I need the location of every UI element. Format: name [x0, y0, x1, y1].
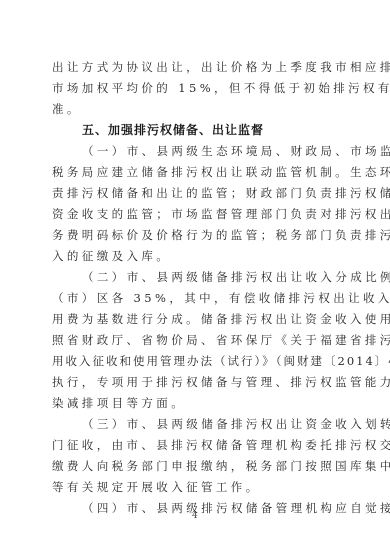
text-line: （二）市、县两级储备排污权出让收入分成比例为市、县	[82, 270, 342, 284]
text-line: （市）区各 35%，其中，有偿收储排污权出让收入以初始有偿使	[52, 291, 342, 305]
document-page: 出让方式为协议出让，出让价格为上季度我市相应排污权指标 市场加权平均价的 15%…	[0, 0, 390, 551]
text-line: 出让方式为协议出让，出让价格为上季度我市相应排污权指标	[52, 60, 342, 74]
text-line: 资金收支的监管；市场监督管理部门负责对排污权出让交易服	[52, 207, 342, 221]
text-line: 染减排项目等方面。	[52, 396, 342, 410]
text-line: 门征收，由市、县排污权储备管理机构委托排污权交易机构代	[52, 438, 342, 452]
section-heading: 五、加强排污权储备、出让监督	[82, 123, 264, 137]
text-line: 准。	[52, 102, 342, 116]
text-line: （一）市、县两级生态环境局、财政局、市场监督管理局、	[82, 144, 342, 158]
text-line: 用收入征收和使用管理办法（试行）》（闽财建〔2014〕46 号）	[52, 354, 342, 368]
text-line: 用费为基数进行分成。储备排污权出让资金收入使用要严格按	[52, 312, 342, 326]
text-line: 市场加权平均价的 15%，但不得低于初始排污权有偿使用费标	[52, 81, 342, 95]
text-line: （四）市、县两级排污权储备管理机构应自觉接受财政、	[82, 501, 342, 515]
text-line: 执行，专项用于排污权储备与管理、排污权监管能力建设、污	[52, 375, 342, 389]
page-number: 4	[192, 511, 198, 521]
text-line: 责排污权储备和出让的监管；财政部门负责排污权储备和出让	[52, 186, 342, 200]
text-line: 等有关规定开展收入征管工作。	[52, 480, 342, 494]
text-line: 税务局应建立储备排污权出让联动监管机制。生态环境部门负	[52, 165, 342, 179]
text-line: 缴费人向税务部门申报缴纳，税务部门按照国库集中收缴制度	[52, 459, 342, 473]
text-line: 照省财政厅、省物价局、省环保厅《关于福建省排污权有偿使	[52, 333, 342, 347]
text-line: 务费明码标价及价格行为的监管；税务部门负责排污权出让收	[52, 228, 342, 242]
text-line: 入的征缴及入库。	[52, 249, 342, 263]
text-line: （三）市、县两级储备排污权出让资金收入划转至税务部	[82, 417, 342, 431]
